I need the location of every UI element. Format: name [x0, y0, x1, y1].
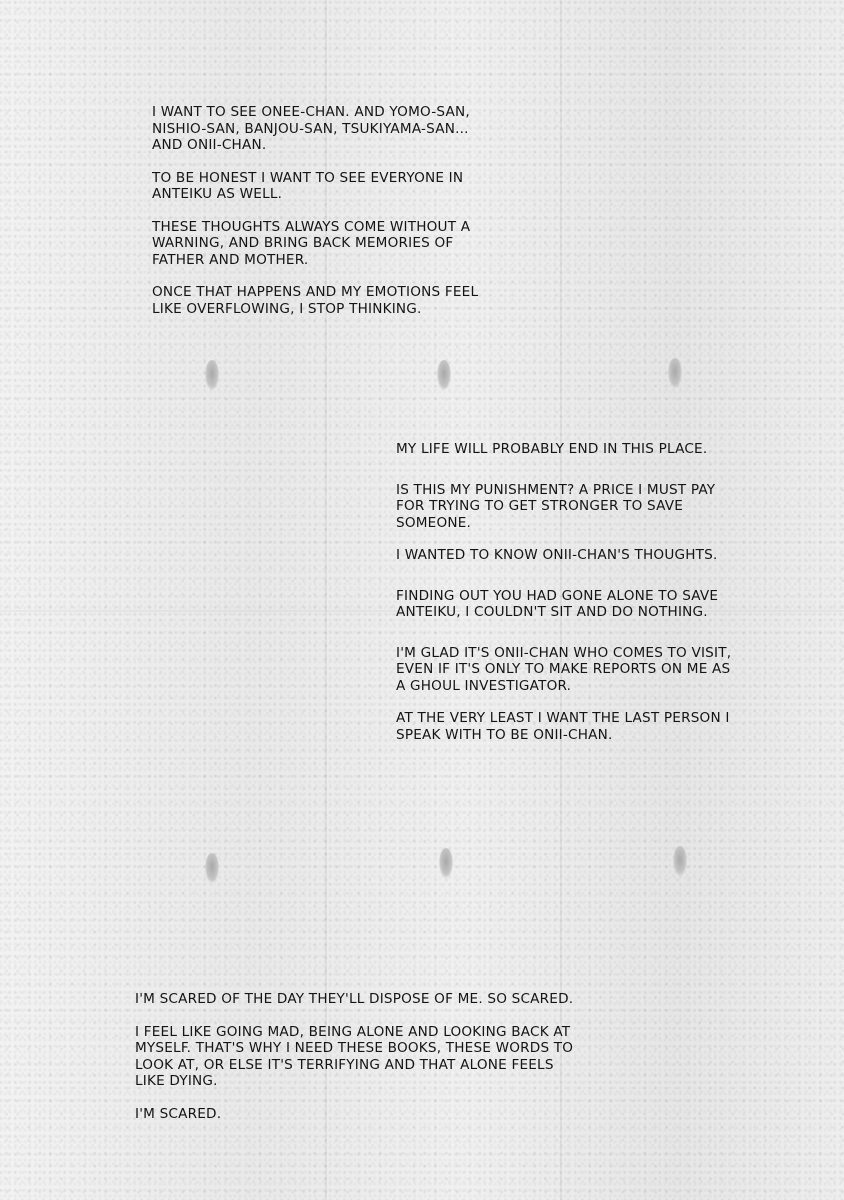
narration-block-bottom: I'm scared of the day they'll dispose of…: [135, 991, 573, 1138]
narration-paragraph: Is this my punishment? A price I must pa…: [396, 482, 731, 532]
wall-tie-hole: [205, 360, 219, 390]
narration-paragraph: At the very least I want the last person…: [396, 710, 731, 743]
narration-paragraph: I want to see Onee-chan. And Yomo-san, N…: [152, 104, 478, 154]
narration-paragraph: I wanted to know Onii-chan's thoughts.: [396, 547, 731, 564]
narration-paragraph: I feel like going mad, being alone and l…: [135, 1024, 573, 1090]
narration-paragraph: I'm scared of the day they'll dispose of…: [135, 991, 573, 1008]
wall-tie-hole: [437, 360, 451, 390]
wall-tie-hole: [673, 846, 687, 876]
narration-paragraph: Finding out you had gone alone to save A…: [396, 588, 731, 621]
narration-block-top: I want to see Onee-chan. And Yomo-san, N…: [152, 104, 478, 333]
narration-paragraph: Once that happens and my emotions feel l…: [152, 284, 478, 317]
narration-paragraph: These thoughts always come without a war…: [152, 219, 478, 269]
narration-block-middle: My life will probably end in this place.…: [396, 441, 731, 759]
wall-tie-hole: [668, 358, 682, 388]
wall-tie-hole: [205, 853, 219, 883]
narration-paragraph: I'm scared.: [135, 1106, 573, 1123]
wall-tie-hole: [439, 848, 453, 878]
narration-paragraph: I'm glad it's Onii-chan who comes to vis…: [396, 645, 731, 695]
manga-page: I want to see Onee-chan. And Yomo-san, N…: [0, 0, 844, 1200]
narration-paragraph: To be honest I want to see everyone in A…: [152, 170, 478, 203]
narration-paragraph: My life will probably end in this place.: [396, 441, 731, 458]
